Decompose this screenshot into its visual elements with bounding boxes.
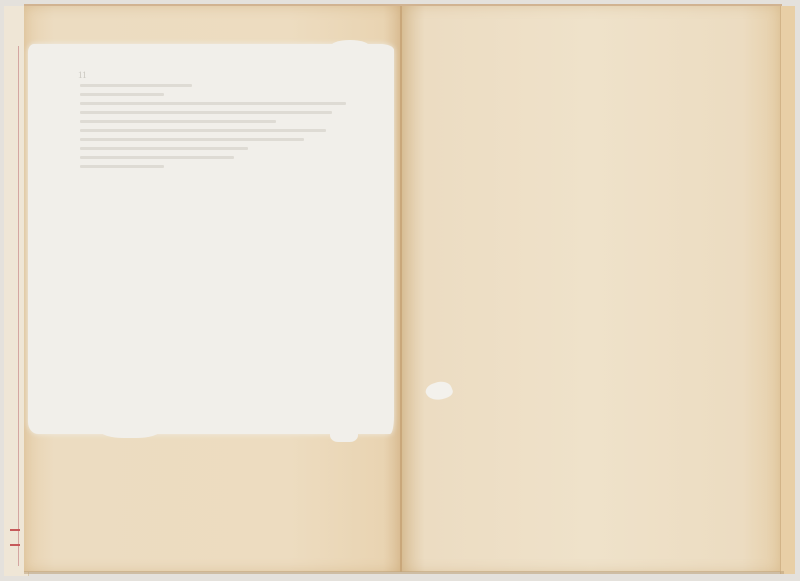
page-number: 11 (78, 70, 87, 80)
paint-edge (330, 40, 370, 54)
right-cover-edge (780, 6, 795, 574)
paint-drip (100, 420, 160, 438)
open-book: 11 (0, 0, 800, 581)
cover-edge-line (18, 46, 19, 566)
paint-drip (330, 420, 358, 442)
red-mark (10, 544, 20, 546)
right-page (402, 6, 780, 572)
red-mark (10, 529, 20, 531)
bottom-edge (24, 571, 784, 574)
obscured-text (80, 84, 360, 174)
